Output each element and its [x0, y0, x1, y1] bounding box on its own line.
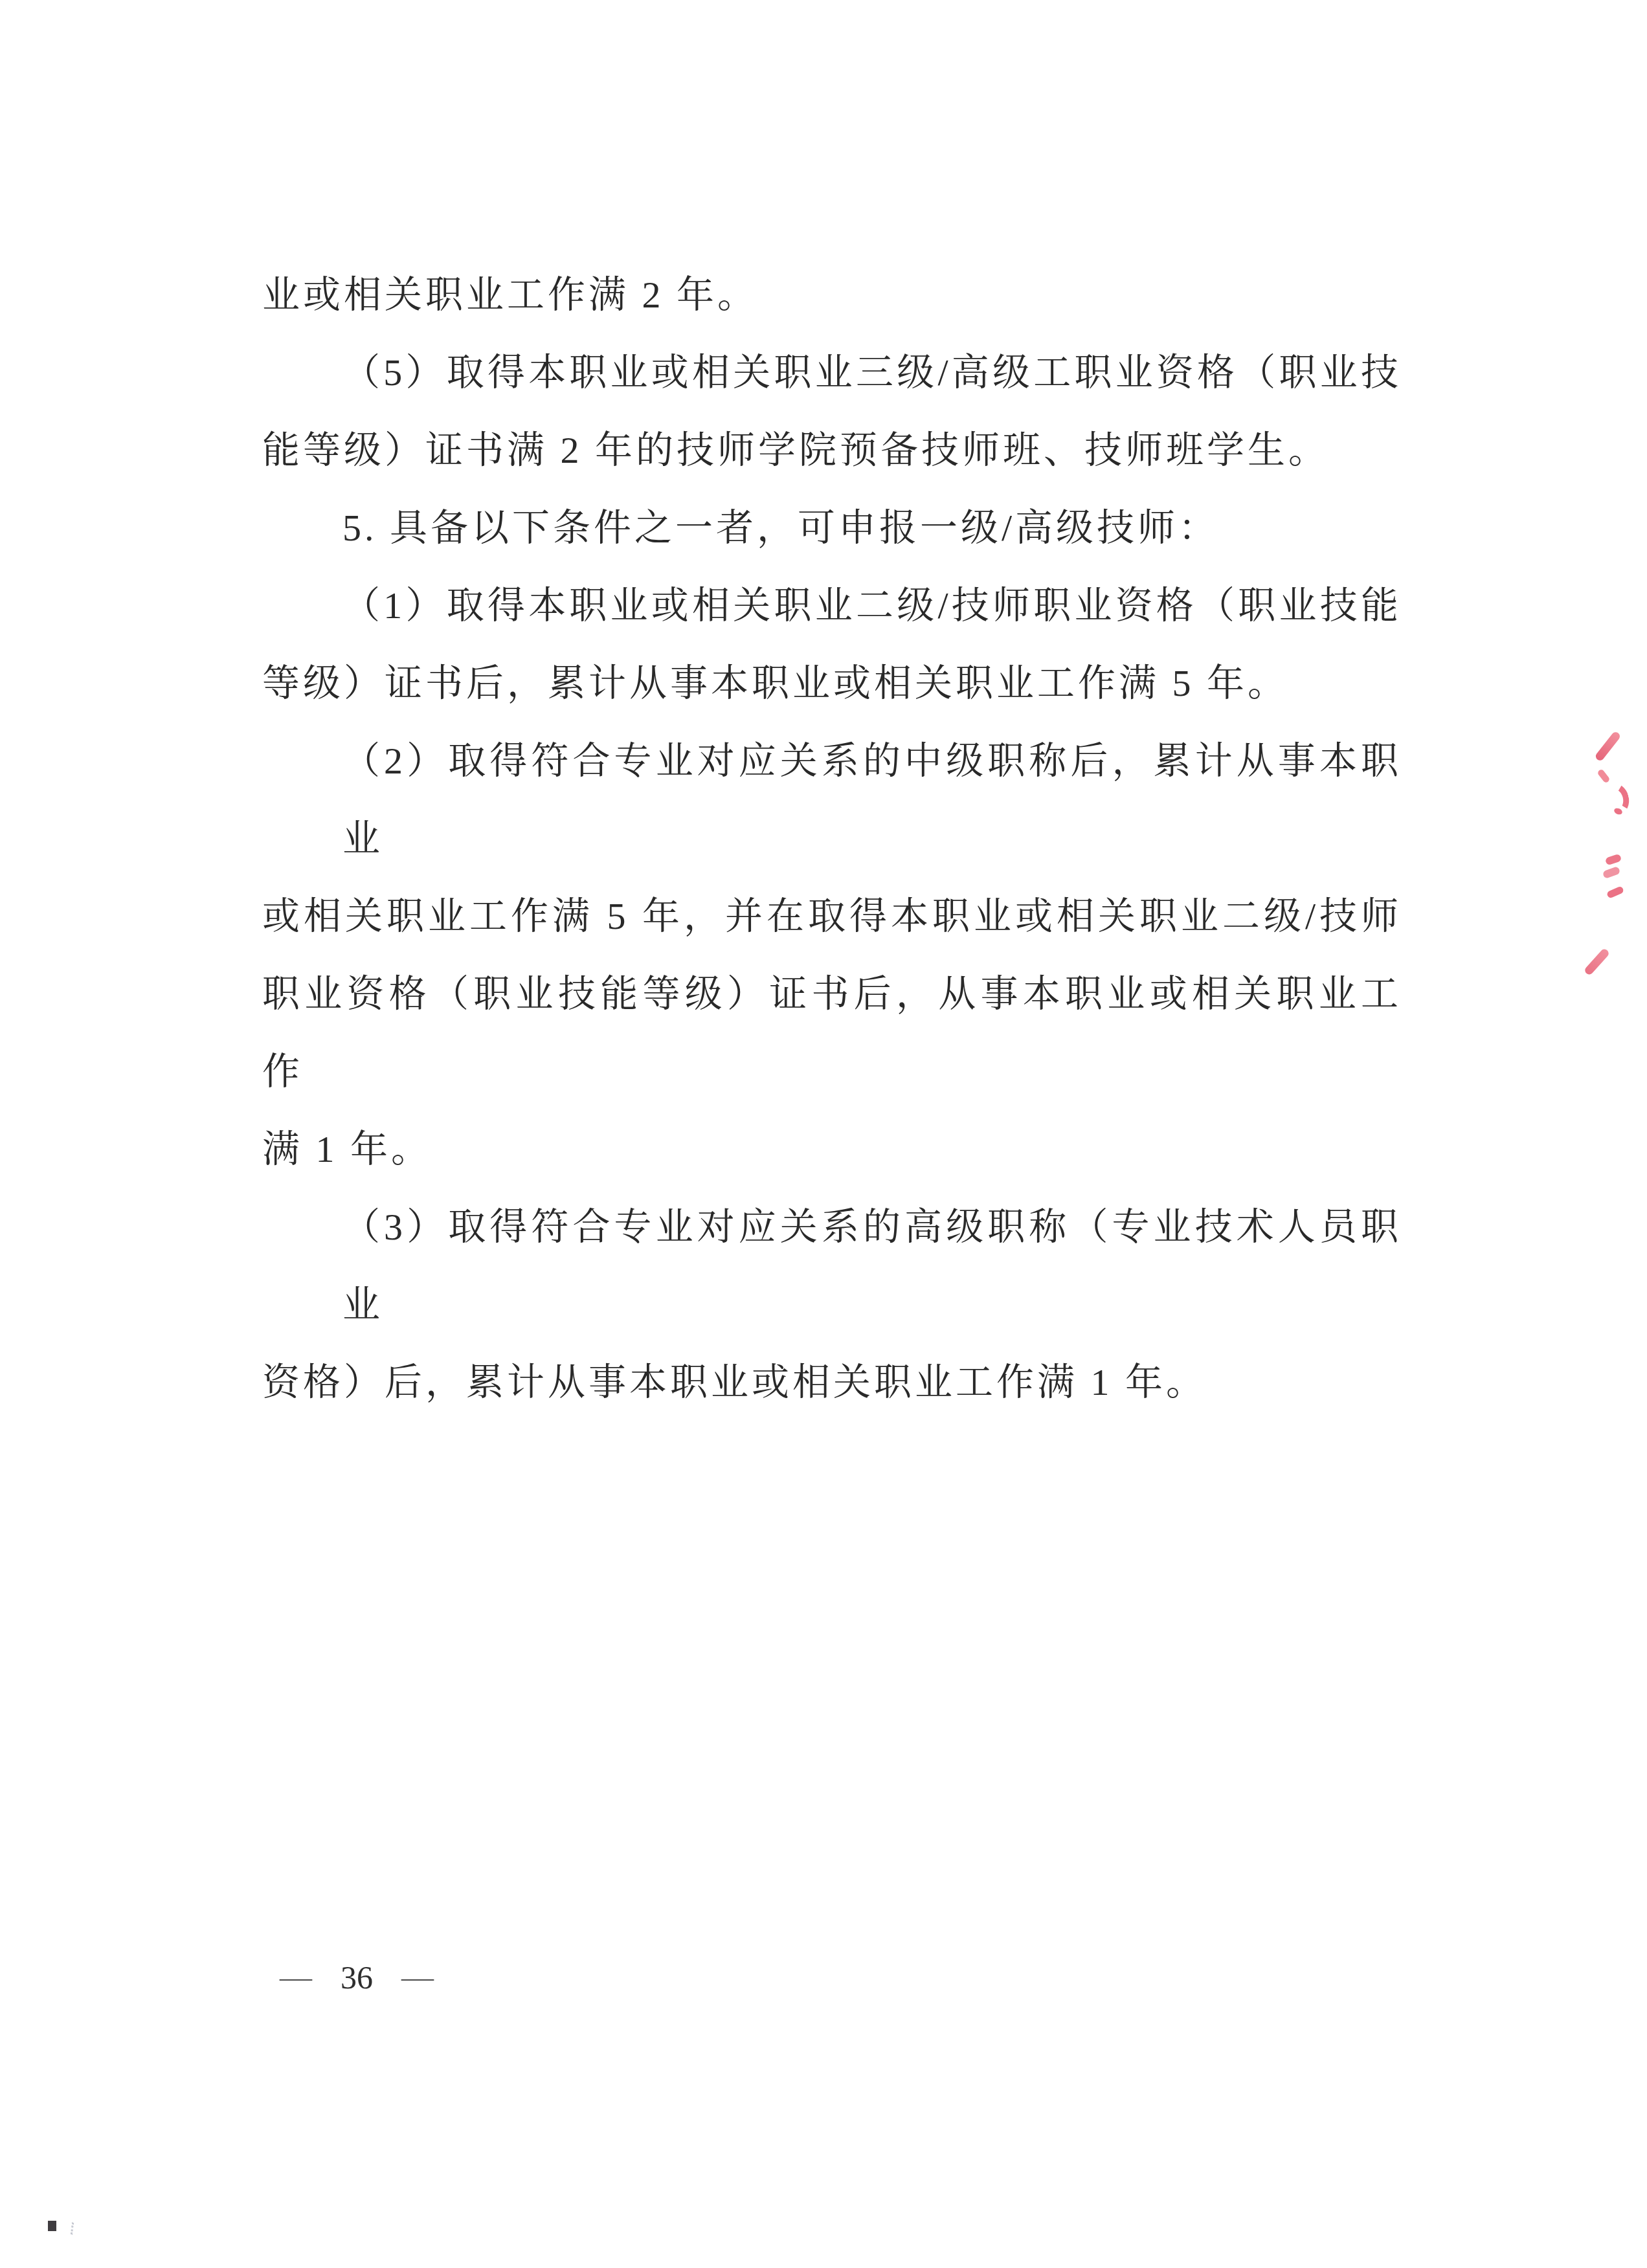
stamp-character-icon: [1598, 770, 1624, 817]
page-footer: — 36 —: [280, 1959, 434, 1996]
scan-artifact-squiggle: [65, 2221, 74, 2234]
stamp-ink-dot: [1606, 885, 1624, 899]
text-line: 资格）后，累计从事本职业或相关职业工作满 1 年。: [262, 1344, 1402, 1421]
text-line: 业或相关职业工作满 2 年。: [262, 256, 1402, 334]
text-line: （1）取得本职业或相关职业二级/技师职业资格（职业技能: [262, 567, 1402, 645]
page-number: 36: [341, 1959, 373, 1996]
text-line: 职业资格（职业技能等级）证书后，从事本职业或相关职业工作: [262, 955, 1402, 1111]
text-line: （2）取得符合专业对应关系的中级职称后，累计从事本职业: [262, 722, 1402, 878]
document-body: 业或相关职业工作满 2 年。（5）取得本职业或相关职业三级/高级工职业资格（职业…: [262, 256, 1402, 1421]
text-line: 或相关职业工作满 5 年，并在取得本职业或相关职业二级/技师: [262, 878, 1402, 955]
text-line: （3）取得符合专业对应关系的高级职称（专业技术人员职业: [262, 1188, 1402, 1344]
stamp-character-icon: [1599, 854, 1625, 897]
text-line: 5. 具备以下条件之一者，可申报一级/高级技师：: [262, 489, 1402, 567]
text-line: 能等级）证书满 2 年的技师学院预备技师班、技师班学生。: [262, 412, 1402, 489]
stamp-stroke-icon: [1584, 948, 1611, 976]
document-page: 业或相关职业工作满 2 年。（5）取得本职业或相关职业三级/高级工职业资格（职业…: [0, 0, 1647, 2268]
text-line: （5）取得本职业或相关职业三级/高级工职业资格（职业技: [262, 334, 1402, 412]
footer-right-dash: —: [401, 1961, 434, 1993]
text-line: 满 1 年。: [262, 1111, 1402, 1188]
text-line: 等级）证书后，累计从事本职业或相关职业工作满 5 年。: [262, 645, 1402, 722]
stamp-ink-dot: [1613, 807, 1623, 816]
scan-artifact-square: [48, 2221, 56, 2231]
footer-left-dash: —: [280, 1961, 312, 1993]
stamp-stroke-icon: [1594, 731, 1621, 762]
